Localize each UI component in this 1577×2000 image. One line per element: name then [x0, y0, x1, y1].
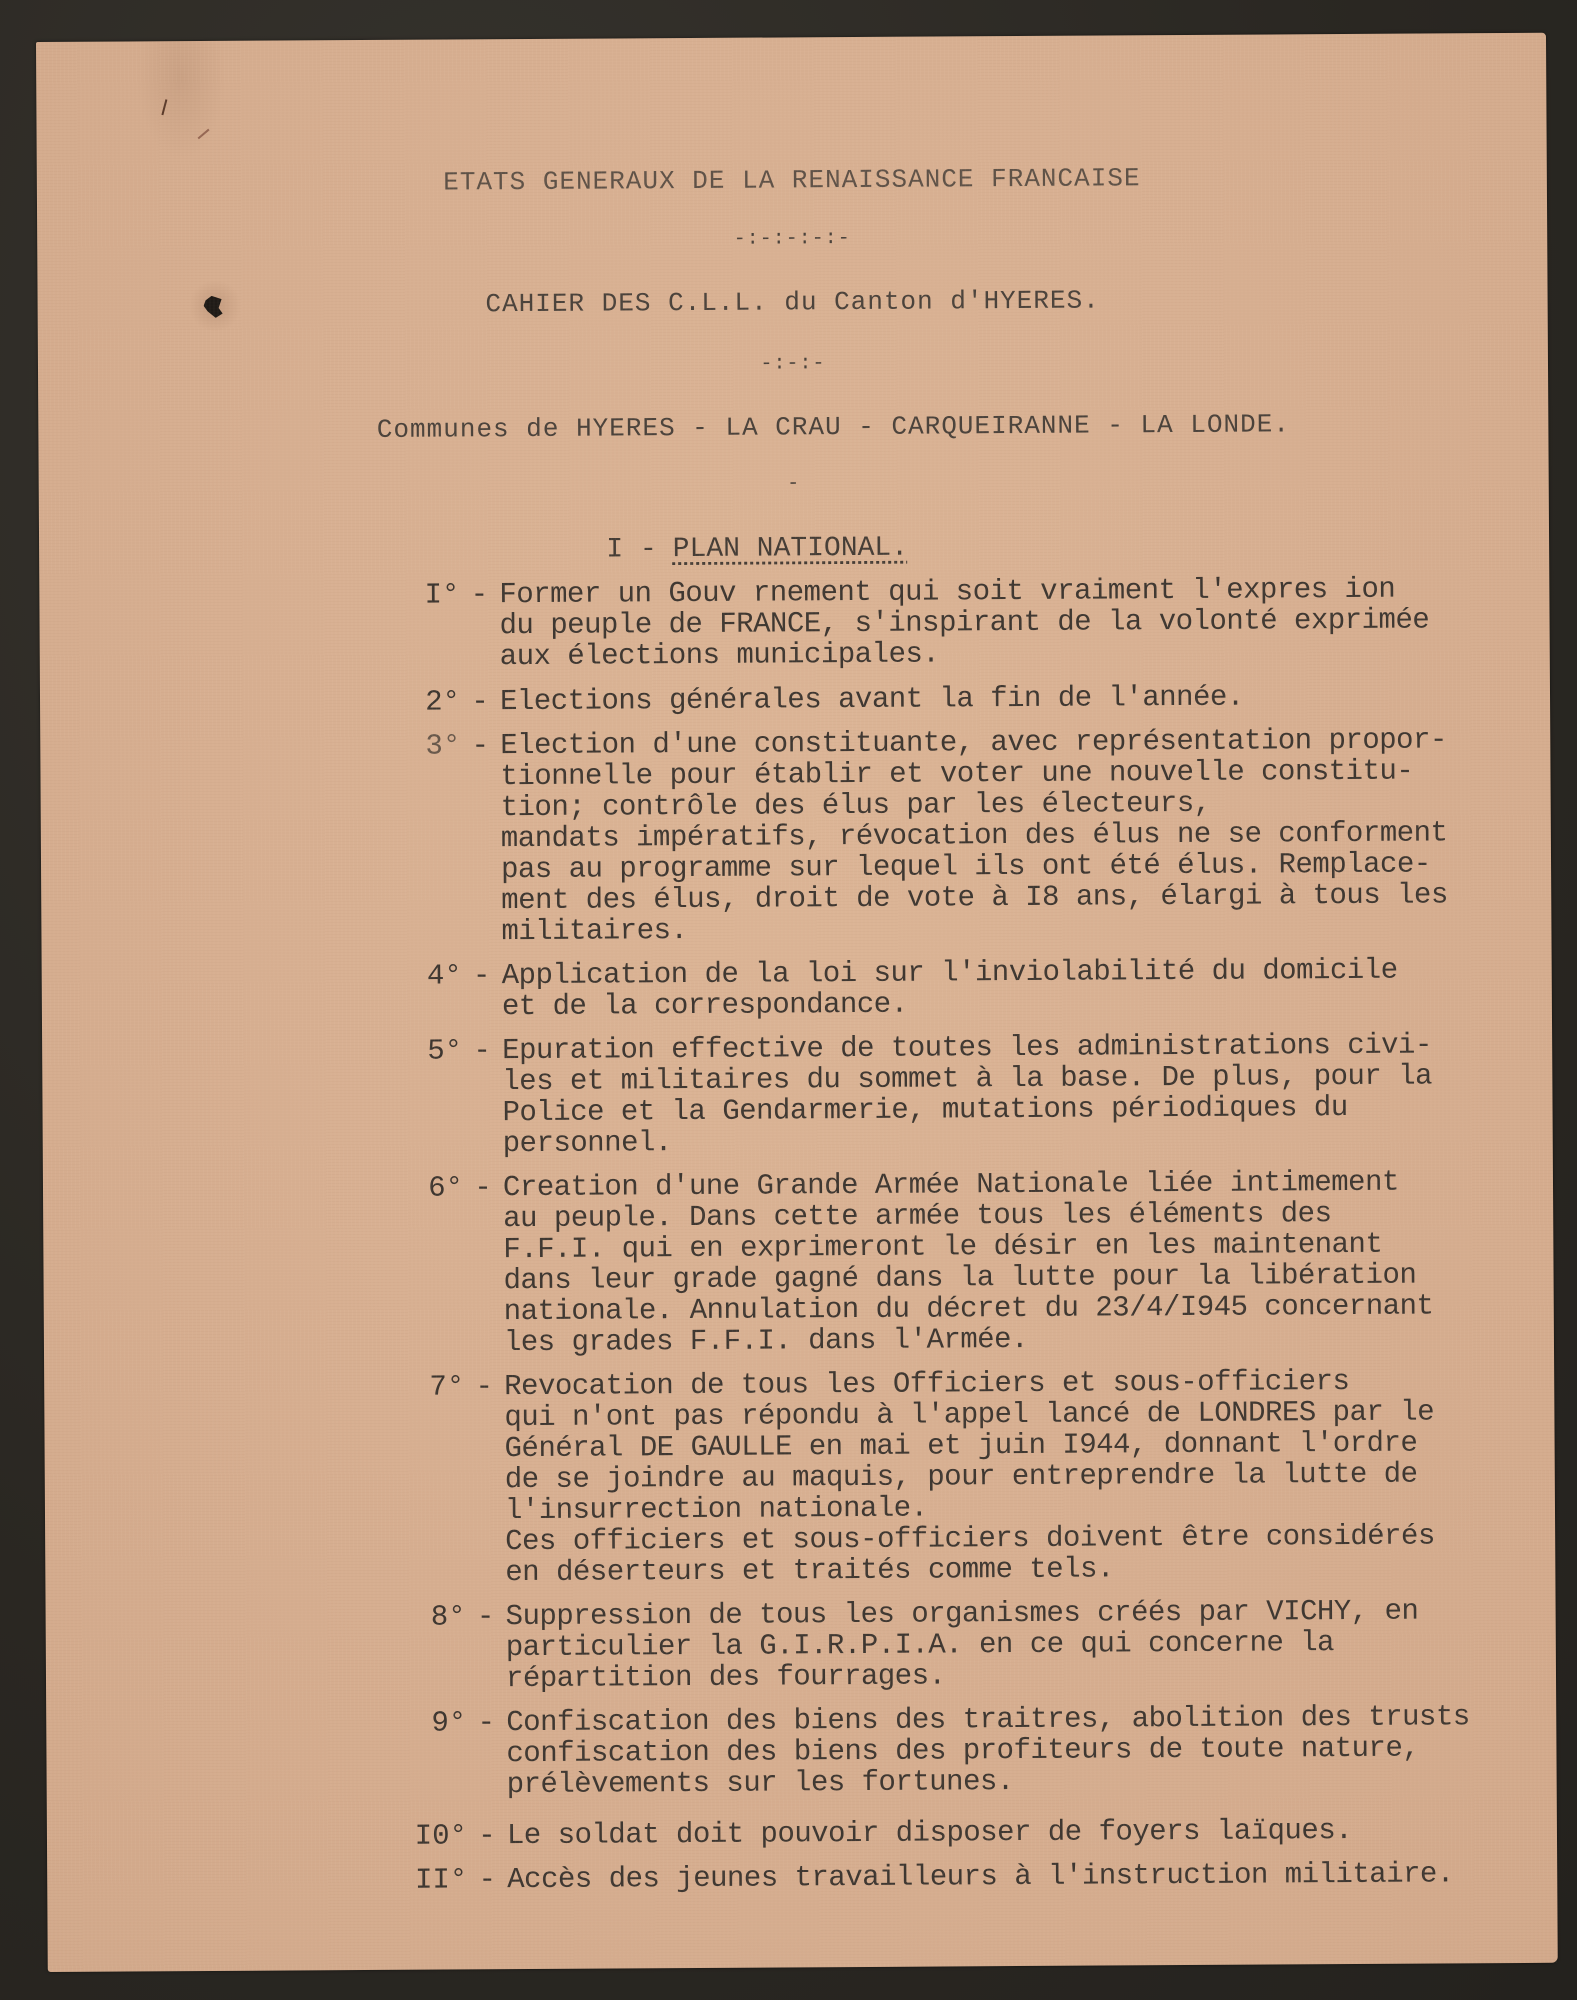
item-text-line: de se joindre au maquis, pour entreprend…: [505, 1458, 1550, 1495]
list-item: 7° - Revocation de tous les Officiers et…: [369, 1365, 1550, 1589]
item-dash: -: [466, 1601, 507, 1694]
item-dash: -: [459, 579, 500, 672]
list-item: 6° - Creation d'une Grande Armée Nationa…: [368, 1166, 1549, 1359]
list-item: 5° - Epuration effective de toutes les a…: [367, 1029, 1548, 1160]
item-dash: -: [463, 1172, 504, 1358]
item-number: 3°: [365, 730, 461, 948]
section-title: PLAN NATIONAL.: [673, 533, 908, 565]
item-number: 2°: [365, 686, 460, 718]
separator: -: [39, 468, 1549, 500]
document-title: ETATS GENERAUX DE LA RENAISSANCE FRANCAI…: [37, 161, 1547, 200]
item-text-line: tionnelle pour établir et voter une nouv…: [500, 755, 1545, 792]
separator: -:-:-:-:-: [37, 223, 1547, 255]
item-number: 8°: [371, 1601, 467, 1695]
item-text-line: les et militaires du sommet à la base. D…: [502, 1060, 1547, 1097]
item-list: I° - Former un Gouv rnement qui soit vra…: [364, 573, 1552, 1909]
item-dash: -: [466, 1707, 507, 1800]
list-item: I° - Former un Gouv rnement qui soit vra…: [364, 573, 1545, 673]
item-text-line: militaires.: [501, 910, 1546, 947]
list-item: 9° - Confiscation des biens des traitres…: [371, 1701, 1552, 1801]
item-number: 7°: [369, 1371, 465, 1589]
paper-fold-shadow: [136, 41, 227, 162]
item-number: II°: [372, 1864, 467, 1896]
list-item: 3° - Election d'une constituante, avec r…: [365, 724, 1546, 948]
separator: -:-:-: [38, 348, 1548, 380]
item-text-line: les grades F.F.I. dans l'Armée.: [504, 1321, 1549, 1358]
item-dash: -: [462, 960, 502, 1022]
item-number: I°: [364, 579, 460, 673]
list-item: 4° - Application de la loi sur l'inviola…: [367, 954, 1547, 1023]
item-text-line: Application de la loi sur l'inviolabilit…: [502, 954, 1547, 991]
item-text-line: Le soldat doit pouvoir disposer de foyer…: [507, 1814, 1552, 1851]
list-item: I0° - Le soldat doit pouvoir disposer de…: [372, 1814, 1552, 1852]
item-number: 4°: [367, 960, 462, 1023]
item-number: 5°: [367, 1035, 463, 1160]
item-dash: -: [467, 1864, 507, 1895]
typewritten-page: ETATS GENERAUX DE LA RENAISSANCE FRANCAI…: [36, 33, 1558, 1972]
section-number: I -: [606, 534, 657, 565]
item-text-line: du peuple de FRANCE, s'inspirant de la v…: [499, 604, 1544, 641]
item-number: 9°: [371, 1707, 467, 1801]
item-number: I0°: [372, 1820, 467, 1852]
item-text-line: prélèvements sur les fortunes.: [507, 1763, 1552, 1800]
list-item: 8° - Suppression de tous les organismes …: [371, 1595, 1552, 1695]
item-text-line: et de la correspondance.: [502, 985, 1547, 1022]
item-text-line: nationale. Annulation du décret du 23/4/…: [504, 1290, 1549, 1327]
item-text-line: Suppression de tous les organismes créés…: [506, 1595, 1551, 1632]
list-item: 2° - Elections générales avant la fin de…: [365, 680, 1545, 718]
item-dash: -: [464, 1371, 505, 1588]
item-text-line: répartition des fourrages.: [506, 1657, 1551, 1694]
communes-line: Communes de HYERES - LA CRAU - CARQUEIRA…: [78, 408, 1577, 447]
item-text-line: en déserteurs et traités comme tels.: [505, 1551, 1550, 1588]
item-text-line: Accès des jeunes travailleurs à l'instru…: [507, 1858, 1552, 1895]
item-text-line: Elections générales avant la fin de l'an…: [500, 680, 1545, 717]
item-text-line: aux élections municipales.: [500, 635, 1545, 672]
item-dash: -: [460, 730, 501, 947]
item-text-line: personnel.: [503, 1122, 1548, 1159]
item-text-line: confiscation des biens des profiteurs de…: [506, 1732, 1551, 1769]
item-text-line: Ces officiers et sous-officiers doivent …: [505, 1520, 1550, 1557]
item-dash: -: [467, 1820, 507, 1851]
item-dash: -: [460, 686, 500, 717]
list-item: II° - Accès des jeunes travailleurs à l'…: [372, 1858, 1552, 1896]
item-number: 6°: [368, 1172, 464, 1359]
document-subtitle: CAHIER DES C.L.L. du Canton d'HYERES.: [38, 283, 1548, 322]
item-text-line: Creation d'une Grande Armée Nationale li…: [503, 1166, 1548, 1203]
item-text-line: ment des élus, droit de vote à I8 ans, é…: [501, 879, 1546, 916]
item-dash: -: [462, 1035, 503, 1159]
